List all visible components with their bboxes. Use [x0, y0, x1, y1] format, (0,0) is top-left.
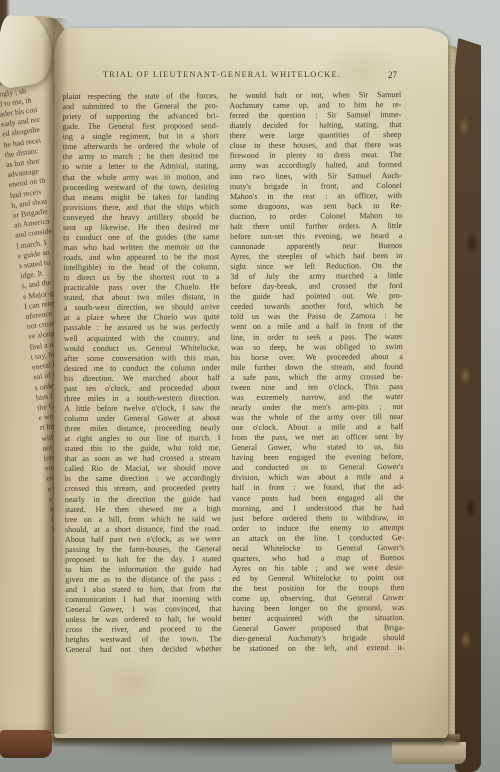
text-line: some dragoons, was sent back to Re- [230, 201, 402, 212]
text-line: was so deep, he was obliged to swim [231, 342, 403, 353]
text-line: Mahon's in the rear : an officer, with [230, 191, 402, 202]
book-cover-edge [455, 38, 481, 772]
text-line: morning, and I understood that he had [232, 503, 404, 514]
text-line: be stationed on the left, and extend it- [233, 643, 405, 654]
text-line: army was accordingly halted, and formed [230, 160, 402, 171]
text-line: would conduct us. General Whitelocke, [64, 343, 220, 354]
text-line: his horse over. We proceeded about a [231, 352, 403, 363]
text-line: half in front : we found, that the ad- [232, 482, 404, 493]
text-line: vance posts had been engaged all the [232, 493, 404, 504]
text-line: that the whole army was in motion, and [63, 172, 219, 183]
text-line: line, in order to seek a pass. The water [231, 332, 403, 343]
text-line: well acquainted with the country, and [64, 333, 220, 344]
text-line: muty's brigade in front, and Colonel [230, 181, 402, 192]
text-line: that means might be taken for landing [63, 192, 219, 203]
book-photo-scene: e river, andthe letter weak the reingly … [0, 0, 500, 772]
text-line: after some conversation with this man, [64, 353, 220, 364]
text-line: conveyed the heavy artillery should be [63, 212, 219, 223]
text-line: should, at a short distance, find the ro… [65, 524, 221, 535]
text-line: passable : he assured us he was perfectl… [64, 323, 220, 334]
spine-leather-corner [0, 730, 52, 758]
text-line: into two lines, with Sir Samuel Auch- [230, 171, 402, 182]
left-column: plaint respecting the state of the force… [62, 91, 221, 655]
text-line: his direction. We marched about half [64, 373, 220, 384]
text-line: proceeding westward of the town, desirin… [63, 182, 219, 193]
text-line: desired me to conduct the column under [64, 363, 220, 374]
running-header: TRIAL OF LIEUTENANT-GENERAL WHITELOCKE. … [64, 70, 398, 84]
page-content: TRIAL OF LIEUTENANT-GENERAL WHITELOCKE. … [64, 70, 418, 655]
text-line: nearly in the direction the guide had [65, 494, 221, 505]
text-line: tree on a hill, from which he said we [65, 514, 221, 525]
text-line: crossed this stream, and proceeded prett… [65, 484, 221, 495]
page-title: TRIAL OF LIEUTENANT-GENERAL WHITELOCKE. [64, 70, 380, 79]
gutter-shadow [42, 18, 68, 734]
text-line: order to induce the enemy to attempt [232, 523, 404, 534]
text-line: to write a letter to the Admiral, statin… [63, 162, 219, 173]
text-line: stated. He then shewed me a high [65, 504, 221, 515]
text-line: provisions there, and that the ships whi… [63, 202, 219, 213]
book-page: TRIAL OF LIEUTENANT-GENERAL WHITELOCKE. … [54, 28, 448, 738]
page-number: 27 [388, 70, 397, 80]
text-columns: plaint respecting the state of the force… [62, 90, 419, 656]
text-line: went on a mile and a half in front of th… [231, 321, 403, 332]
right-column: he would halt or not, when Sir SamuelAuc… [229, 90, 404, 655]
text-line: About half past two o'clock, as we were [65, 534, 221, 545]
text-line: just before ordered them to withdraw, in [232, 513, 404, 524]
text-line: mile further down the stream, and found [231, 362, 403, 373]
text-line: General had not then decided whether [66, 645, 222, 656]
